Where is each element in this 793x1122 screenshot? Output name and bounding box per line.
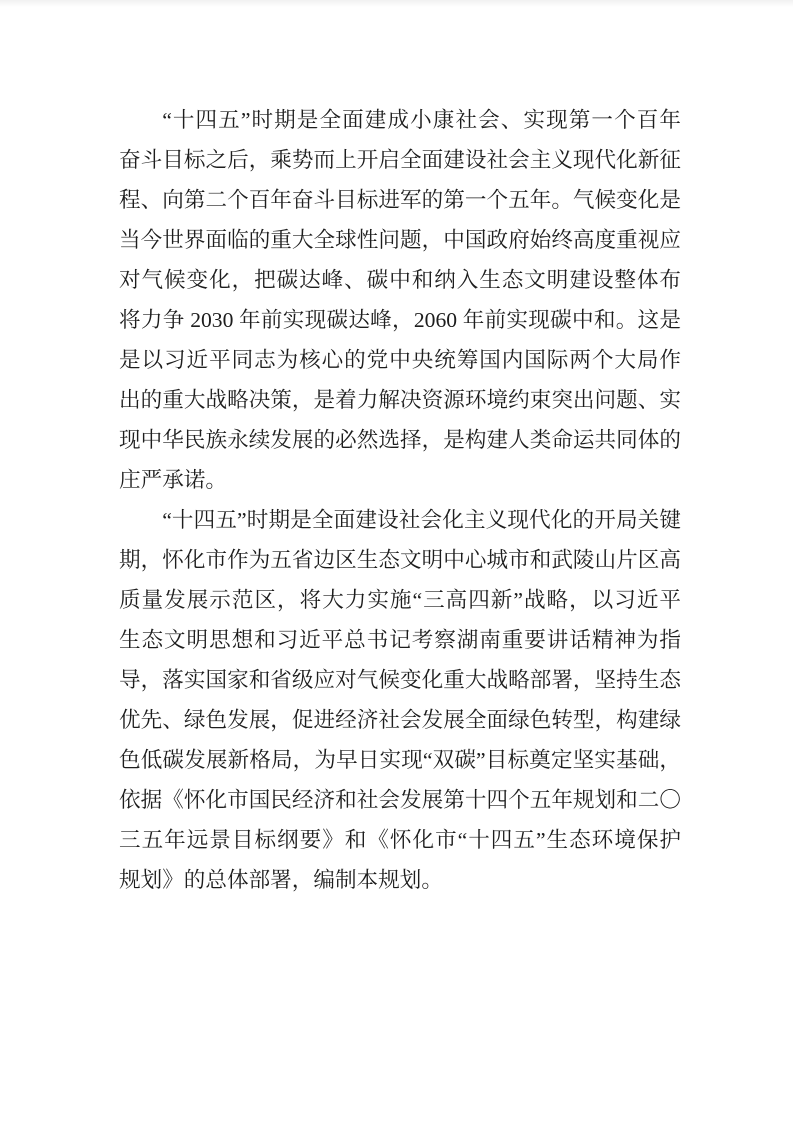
text-line: 期，怀化市作为五省边区生态文明中心城市和武陵山片区高 [119,540,681,580]
text-line: 出的重大战略决策，是着力解决资源环境约束突出问题、实 [119,380,681,420]
text-line: “十四五”时期是全面建成小康社会、实现第一个百年 [119,100,681,140]
text-line: 将力争 2030 年前实现碳达峰，2060 年前实现碳中和。这是 [119,300,681,340]
text-line: 是以习近平同志为核心的党中央统筹国内国际两个大局作 [119,340,681,380]
text-line: 对气候变化，把碳达峰、碳中和纳入生态文明建设整体布局， [119,260,681,300]
text-line: 导，落实国家和省级应对气候变化重大战略部署，坚持生态 [119,660,681,700]
text-line: 色低碳发展新格局，为早日实现“双碳”目标奠定坚实基础， [119,740,681,780]
paragraph: “十四五”时期是全面建设社会化主义现代化的开局关键期，怀化市作为五省边区生态文明… [119,500,681,900]
paragraph: “十四五”时期是全面建成小康社会、实现第一个百年奋斗目标之后，乘势而上开启全面建… [119,100,681,500]
text-line: 当今世界面临的重大全球性问题，中国政府始终高度重视应 [119,220,681,260]
text-line: 依据《怀化市国民经济和社会发展第十四个五年规划和二〇 [119,780,681,820]
text-line: “十四五”时期是全面建设社会化主义现代化的开局关键 [119,500,681,540]
text-line: 奋斗目标之后，乘势而上开启全面建设社会主义现代化新征 [119,140,681,180]
text-line: 程、向第二个百年奋斗目标进军的第一个五年。气候变化是 [119,180,681,220]
document-text: “十四五”时期是全面建成小康社会、实现第一个百年奋斗目标之后，乘势而上开启全面建… [119,100,681,900]
text-line: 庄严承诺。 [119,460,681,500]
text-line: 质量发展示范区，将大力实施“三高四新”战略，以习近平 [119,580,681,620]
text-line: 生态文明思想和习近平总书记考察湖南重要讲话精神为指 [119,620,681,660]
text-line: 规划》的总体部署，编制本规划。 [119,860,681,900]
scan-edge-shadow [0,0,793,7]
text-line: 三五年远景目标纲要》和《怀化市“十四五”生态环境保护 [119,820,681,860]
document-page: “十四五”时期是全面建成小康社会、实现第一个百年奋斗目标之后，乘势而上开启全面建… [0,0,793,1122]
text-line: 现中华民族永续发展的必然选择，是构建人类命运共同体的 [119,420,681,460]
text-line: 优先、绿色发展，促进经济社会发展全面绿色转型，构建绿 [119,700,681,740]
